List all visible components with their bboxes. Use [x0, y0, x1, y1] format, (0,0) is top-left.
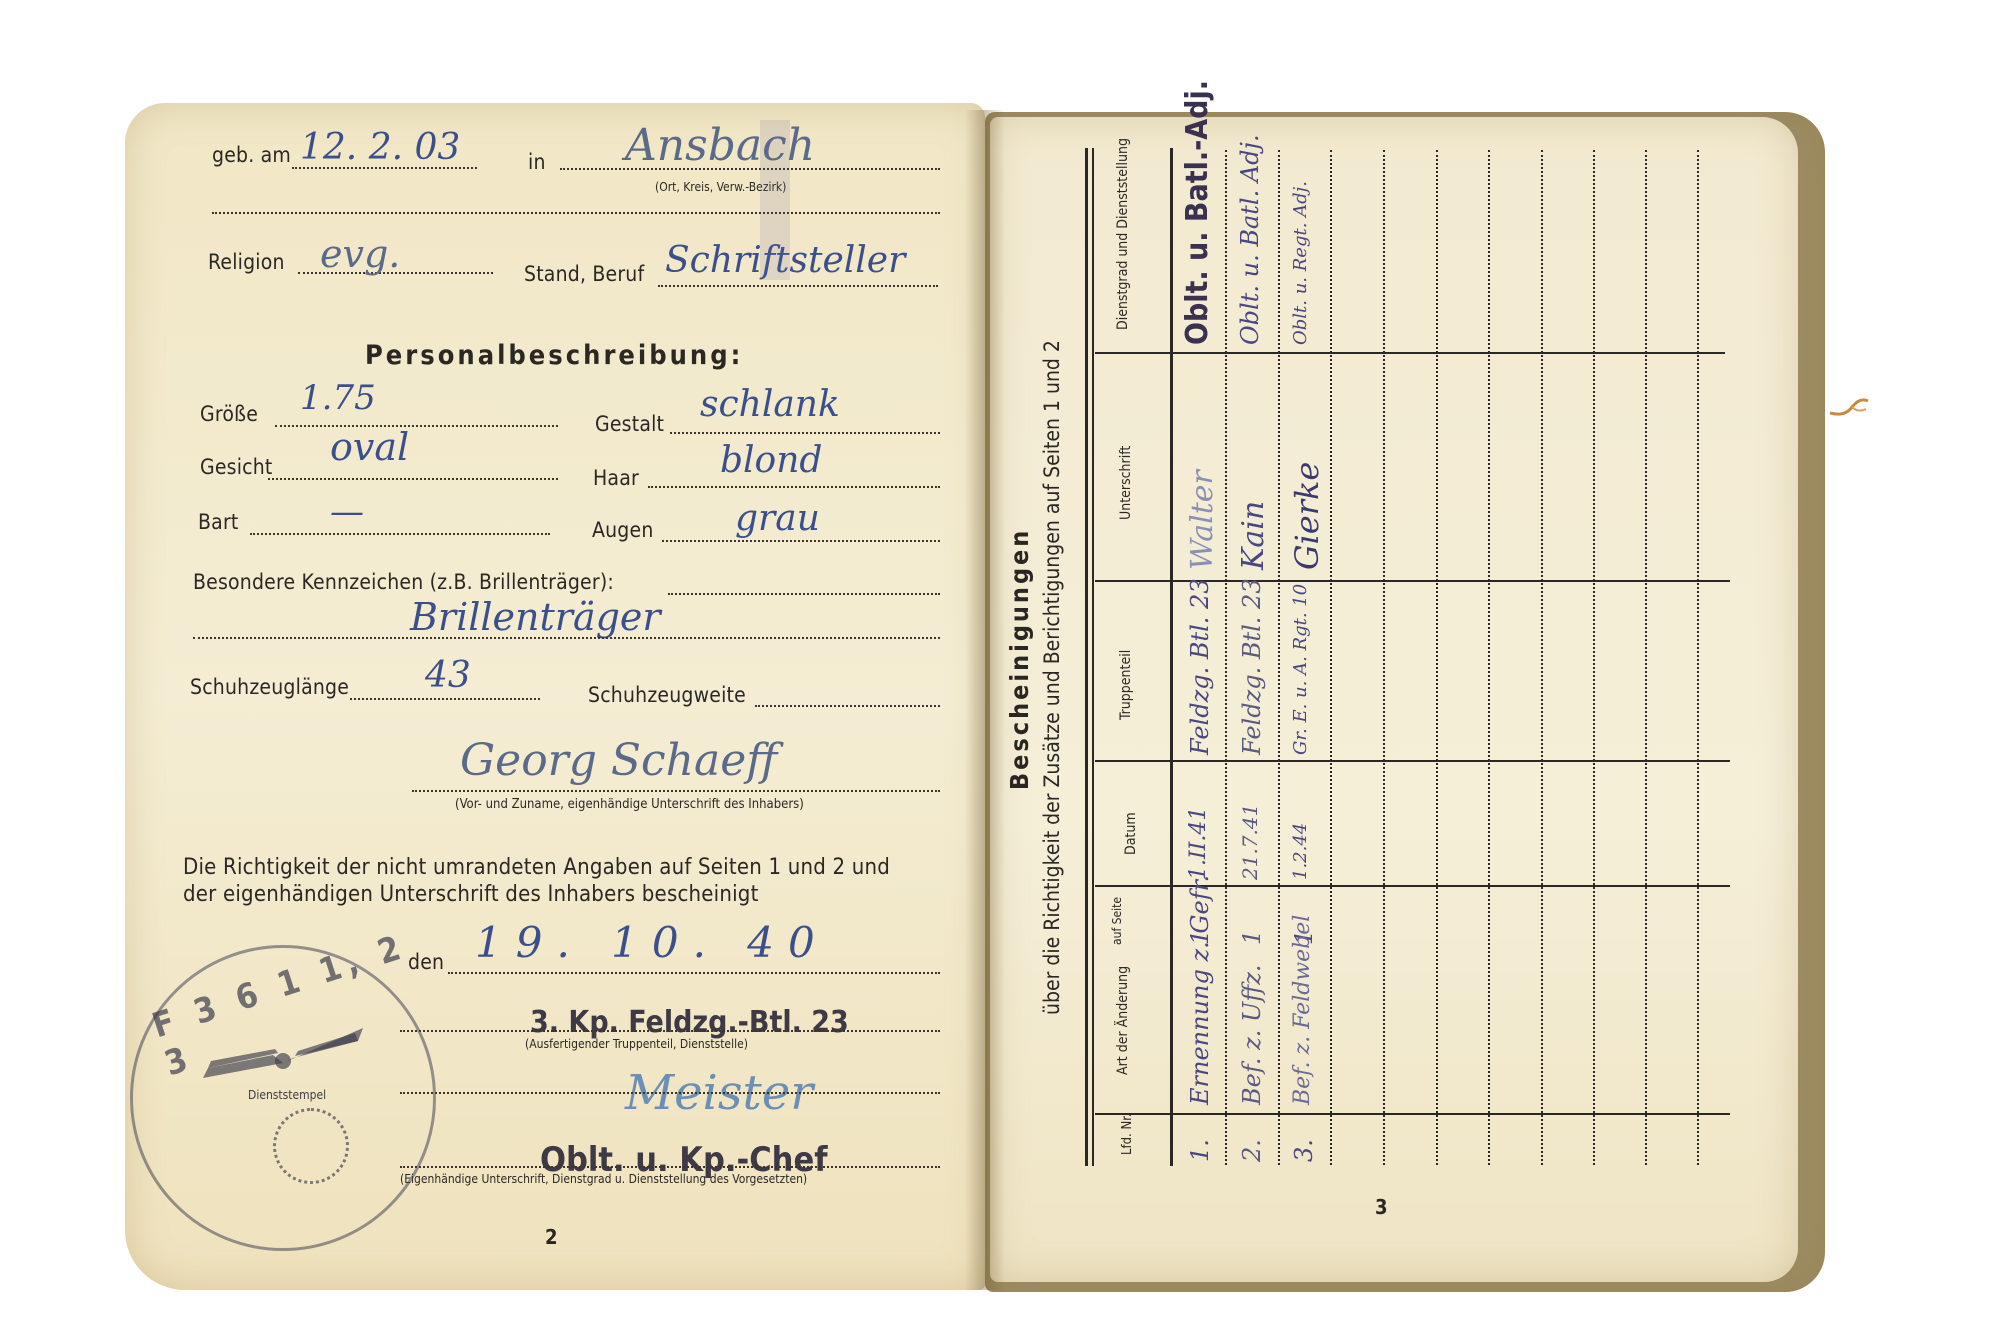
description-heading: Personalbeschreibung: — [365, 340, 743, 371]
col-header-date: Datum — [1123, 812, 1139, 855]
unit-stamp: 3. Kp. Feldzg.-Btl. 23 — [530, 1005, 849, 1040]
row-line-7 — [1541, 150, 1543, 1165]
row-line-8 — [1593, 150, 1595, 1165]
officer-line — [400, 1092, 940, 1094]
date-value: 19. 10. 40 — [475, 918, 829, 967]
stamp-bleed — [760, 120, 790, 280]
binding-thread-icon — [1830, 395, 1870, 425]
face-line — [268, 478, 558, 480]
row3-signature: Gierke — [1288, 462, 1326, 570]
row1-change: Ernennung z. Gefr. — [1186, 875, 1214, 1105]
right-page — [990, 117, 1798, 1282]
row-line-2 — [1278, 150, 1280, 1165]
row1-rank: Oblt. u. Batl.-Adj. — [1180, 80, 1215, 345]
marks-label: Besondere Kennzeichen (z.B. Brillenträge… — [193, 570, 614, 594]
row-line-6 — [1488, 150, 1490, 1165]
table-header-divider — [1170, 148, 1173, 1166]
beard-value: — — [330, 492, 364, 532]
height-label: Größe — [200, 402, 258, 426]
row3-change: Bef. z. Feldwebel — [1290, 915, 1315, 1105]
face-label: Gesicht — [200, 455, 273, 479]
religion-value: evg. — [320, 232, 400, 276]
unit-hint: (Ausfertigender Truppenteil, Dienststell… — [525, 1037, 748, 1051]
right-page-number: 3 — [1375, 1195, 1388, 1219]
header-sep-1 — [1095, 352, 1170, 354]
eyes-line — [662, 540, 940, 542]
shoe-width-label: Schuhzeugweite — [588, 683, 746, 707]
officer-rank-line — [400, 1166, 940, 1168]
hair-line — [648, 486, 940, 488]
beard-label: Bart — [198, 510, 239, 534]
stamp-center-text: Dienststempel — [248, 1088, 326, 1102]
marks-value: Brillenträger — [410, 595, 661, 639]
official-stamp: F 3 6 1 1, 2 3 Dienststempel — [130, 945, 436, 1251]
row1-date: 1.II.41 — [1186, 807, 1211, 880]
build-label: Gestalt — [595, 412, 664, 436]
header-sep-4 — [1095, 885, 1170, 887]
officer-hint: (Eigenhändige Unterschrift, Dienstgrad u… — [400, 1172, 807, 1186]
row-line-5 — [1436, 150, 1438, 1165]
blank-line — [212, 212, 940, 214]
certification-text-1: Die Richtigkeit der nicht umrandeten Ang… — [183, 855, 890, 880]
row2-signature: Kain — [1236, 501, 1271, 570]
shoe-width-line — [755, 705, 940, 707]
table-border-left-inner — [1092, 148, 1094, 1166]
unit-line — [400, 1030, 940, 1032]
row1-unit: Feldzg. Btl. 23 — [1186, 578, 1214, 755]
col-header-unit: Truppenteil — [1118, 650, 1134, 720]
col-header-rank: Dienstgrad und Dienststellung — [1115, 138, 1131, 330]
left-page-number: 2 — [545, 1225, 558, 1249]
row-line-10 — [1697, 150, 1699, 1165]
eyes-label: Augen — [592, 518, 654, 542]
col-header-change: Art der Änderung — [1115, 966, 1131, 1075]
eagle-emblem-icon — [183, 1023, 383, 1093]
row-line-3 — [1330, 150, 1332, 1165]
row2-nr: 2. — [1238, 1139, 1266, 1162]
row1-nr: 1. — [1186, 1139, 1214, 1162]
row3-nr: 3. — [1290, 1139, 1318, 1162]
right-page-subtitle: über die Richtigkeit der Zusätze und Ber… — [1040, 340, 1064, 1015]
build-value: schlank — [700, 384, 840, 425]
build-line — [670, 432, 940, 434]
holder-signature: Georg Schaeff — [460, 735, 777, 786]
face-value: oval — [330, 425, 409, 469]
col-header-signature: Unterschrift — [1118, 446, 1134, 520]
occupation-line — [658, 285, 938, 287]
eyes-value: grau — [735, 498, 820, 539]
row1-signature: Walter — [1185, 470, 1220, 570]
date-line — [448, 972, 940, 974]
religion-label: Religion — [208, 250, 285, 274]
hair-value: blond — [720, 440, 822, 481]
hair-label: Haar — [593, 466, 639, 490]
row3-unit: Gr. E. u. A. Rgt. 10 — [1290, 584, 1311, 755]
occupation-label: Stand, Beruf — [524, 262, 644, 286]
row2-change: Bef. z. Uffz. — [1238, 964, 1266, 1105]
shoe-length-line — [350, 698, 540, 700]
certification-text-2: der eigenhändigen Unterschrift des Inhab… — [183, 882, 759, 907]
row-sep-1 — [1170, 352, 1725, 354]
holder-signature-line — [412, 790, 940, 792]
row-line-9 — [1645, 150, 1647, 1165]
height-line — [275, 425, 558, 427]
row2-unit: Feldzg. Btl. 23 — [1238, 578, 1266, 755]
table-border-left — [1085, 148, 1088, 1166]
right-page-title: Bescheinigungen — [1005, 528, 1034, 790]
row2-page: 1 — [1238, 930, 1266, 945]
wreath-icon — [273, 1108, 349, 1184]
marks-line-2 — [193, 637, 940, 639]
row3-rank: Oblt. u. Regt. Adj. — [1290, 181, 1311, 345]
row3-date: 1.2.44 — [1290, 823, 1311, 880]
header-sep-2 — [1095, 580, 1170, 582]
holder-signature-hint: (Vor- und Zuname, eigenhändige Unterschr… — [455, 797, 804, 812]
born-value: 12. 2. 03 — [300, 127, 460, 168]
beard-line — [250, 533, 550, 535]
header-sep-3 — [1095, 760, 1170, 762]
row2-date: 21.7.41 — [1238, 804, 1262, 880]
row-line-1 — [1225, 150, 1227, 1165]
shoe-length-value: 43 — [425, 655, 471, 696]
height-value: 1.75 — [300, 378, 376, 418]
row-line-4 — [1383, 150, 1385, 1165]
in-label: in — [528, 150, 546, 174]
row2-rank: Oblt. u. Batl. Adj. — [1236, 134, 1264, 345]
shoe-length-label: Schuhzeuglänge — [190, 675, 349, 699]
col-header-page: auf Seite — [1110, 885, 1124, 945]
col-header-nr: Lfd. Nr. — [1120, 1113, 1135, 1155]
marks-line — [668, 593, 940, 595]
book-gutter — [965, 110, 1005, 1290]
born-label: geb. am — [212, 143, 291, 167]
